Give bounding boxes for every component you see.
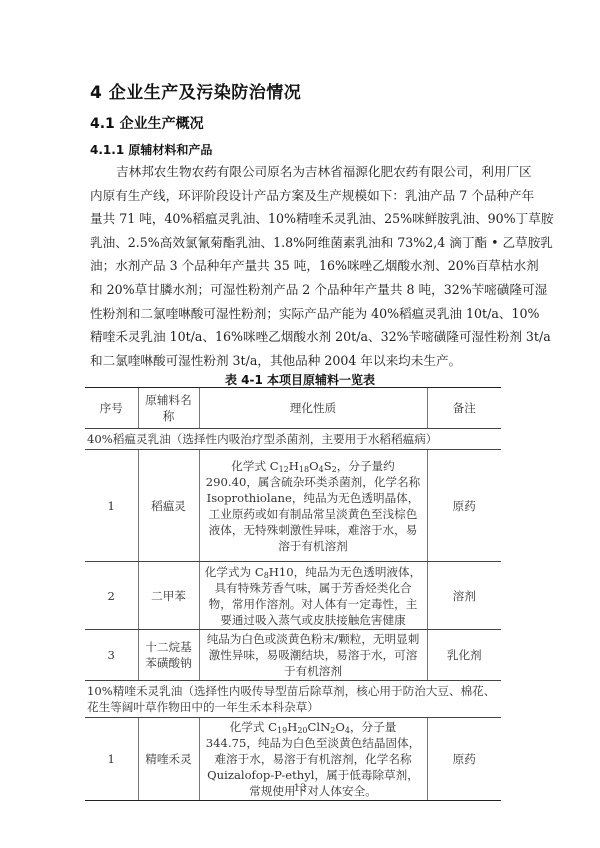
paragraph-line: 和 20%草甘膦水剂；可湿性粉剂产品 2 个品种年产量共 8 吨，32%苄嘧磺隆… (90, 278, 510, 302)
row-index: 3 (85, 630, 138, 681)
row-material-name: 十二烷基苯磺酸钠 (138, 630, 199, 681)
section-row: 40%稻瘟灵乳油（选择性内吸治疗型杀菌剂，主要用于水稻稻瘟病） (85, 429, 501, 450)
body-paragraph: 吉林邦农生物农药有限公司原名为吉林省福源化肥农药有限公司，利用厂区 内原有生产线… (90, 160, 510, 372)
paragraph-line: 油；水剂产品 3 个品种年产量共 35 吨，16%咪唑乙烟酸水剂、20%百草枯水… (90, 254, 510, 278)
paragraph-line: 性粉剂和二氯喹啉酸可湿性粉剂；实际产品产能为 40%稻瘟灵乳油 10t/a、10… (90, 302, 510, 326)
table-row: 1 稻瘟灵 化学式 C12H18O4S2，分子量约 290.40，属含硫杂环类杀… (85, 450, 501, 562)
paragraph-line: 精喹禾灵乳油 10t/a、16%咪唑乙烟酸水剂 20t/a、32%苄嘧磺隆可湿性… (90, 325, 510, 349)
paragraph-line: 吉林邦农生物农药有限公司原名为吉林省福源化肥农药有限公司，利用厂区 (90, 160, 510, 184)
raw-materials-table: 序号 原辅料名称 理化性质 备注 40%稻瘟灵乳油（选择性内吸治疗型杀菌剂，主要… (85, 387, 501, 801)
row-properties: 化学式为 C8H10，纯品为无色透明液体，具有特殊芳香气味，属于芳香烃类化合物，… (199, 562, 427, 630)
paragraph-line: 和二氯喹啉酸可湿性粉剂 3t/a，其他品种 2004 年以来均未生产。 (90, 349, 510, 373)
chapter-heading: 4 企业生产及污染防治情况 (90, 78, 301, 103)
row-material-name: 二甲苯 (138, 562, 199, 630)
paragraph-line: 乳油、2.5%高效氯氰菊酯乳油、1.8%阿维菌素乳油和 73%2,4 滴丁酯 •… (90, 231, 510, 255)
header-properties: 理化性质 (199, 388, 427, 429)
row-properties: 纯品为白色或淡黄色粉末/颗粒，无明显刺激性异味，易吸潮结块，易溶于水，可溶于有机… (199, 630, 427, 681)
page-number: 13 (0, 783, 600, 794)
row-properties: 化学式 C12H18O4S2，分子量约 290.40，属含硫杂环类杀菌剂，化学名… (199, 450, 427, 562)
document-page: 4 企业生产及污染防治情况 4.1 企业生产概况 4.1.1 原辅材料和产品 吉… (0, 0, 600, 848)
row-index: 2 (85, 562, 138, 630)
header-index: 序号 (85, 388, 138, 429)
row-note: 原药 (427, 450, 501, 562)
section-heading: 4.1 企业生产概况 (90, 113, 204, 133)
header-note: 备注 (427, 388, 501, 429)
table-row: 2 二甲苯 化学式为 C8H10，纯品为无色透明液体，具有特殊芳香气味，属于芳香… (85, 562, 501, 630)
subsection-heading: 4.1.1 原辅材料和产品 (90, 141, 212, 158)
section-title: 40%稻瘟灵乳油（选择性内吸治疗型杀菌剂，主要用于水稻稻瘟病） (85, 429, 501, 450)
table-row: 3 十二烷基苯磺酸钠 纯品为白色或淡黄色粉末/颗粒，无明显刺激性异味，易吸潮结块… (85, 630, 501, 681)
section-row: 10%精喹禾灵乳油（选择性内吸传导型苗后除草剂，核心用于防治大豆、棉花、花生等阔… (85, 681, 501, 718)
section-title: 10%精喹禾灵乳油（选择性内吸传导型苗后除草剂，核心用于防治大豆、棉花、花生等阔… (85, 681, 501, 718)
row-note: 乳化剂 (427, 630, 501, 681)
paragraph-line: 量共 71 吨，40%稻瘟灵乳油、10%精喹禾灵乳油、25%咪鲜胺乳油、90%丁… (90, 207, 510, 231)
row-note: 溶剂 (427, 562, 501, 630)
paragraph-line: 内原有生产线，环评阶段设计产品方案及生产规模如下：乳油产品 7 个品种产年 (90, 184, 510, 208)
table-header-row: 序号 原辅料名称 理化性质 备注 (85, 388, 501, 429)
header-material-name: 原辅料名称 (138, 388, 199, 429)
row-material-name: 稻瘟灵 (138, 450, 199, 562)
table-caption: 表 4-1 本项目原辅料一览表 (0, 371, 600, 388)
row-index: 1 (85, 450, 138, 562)
